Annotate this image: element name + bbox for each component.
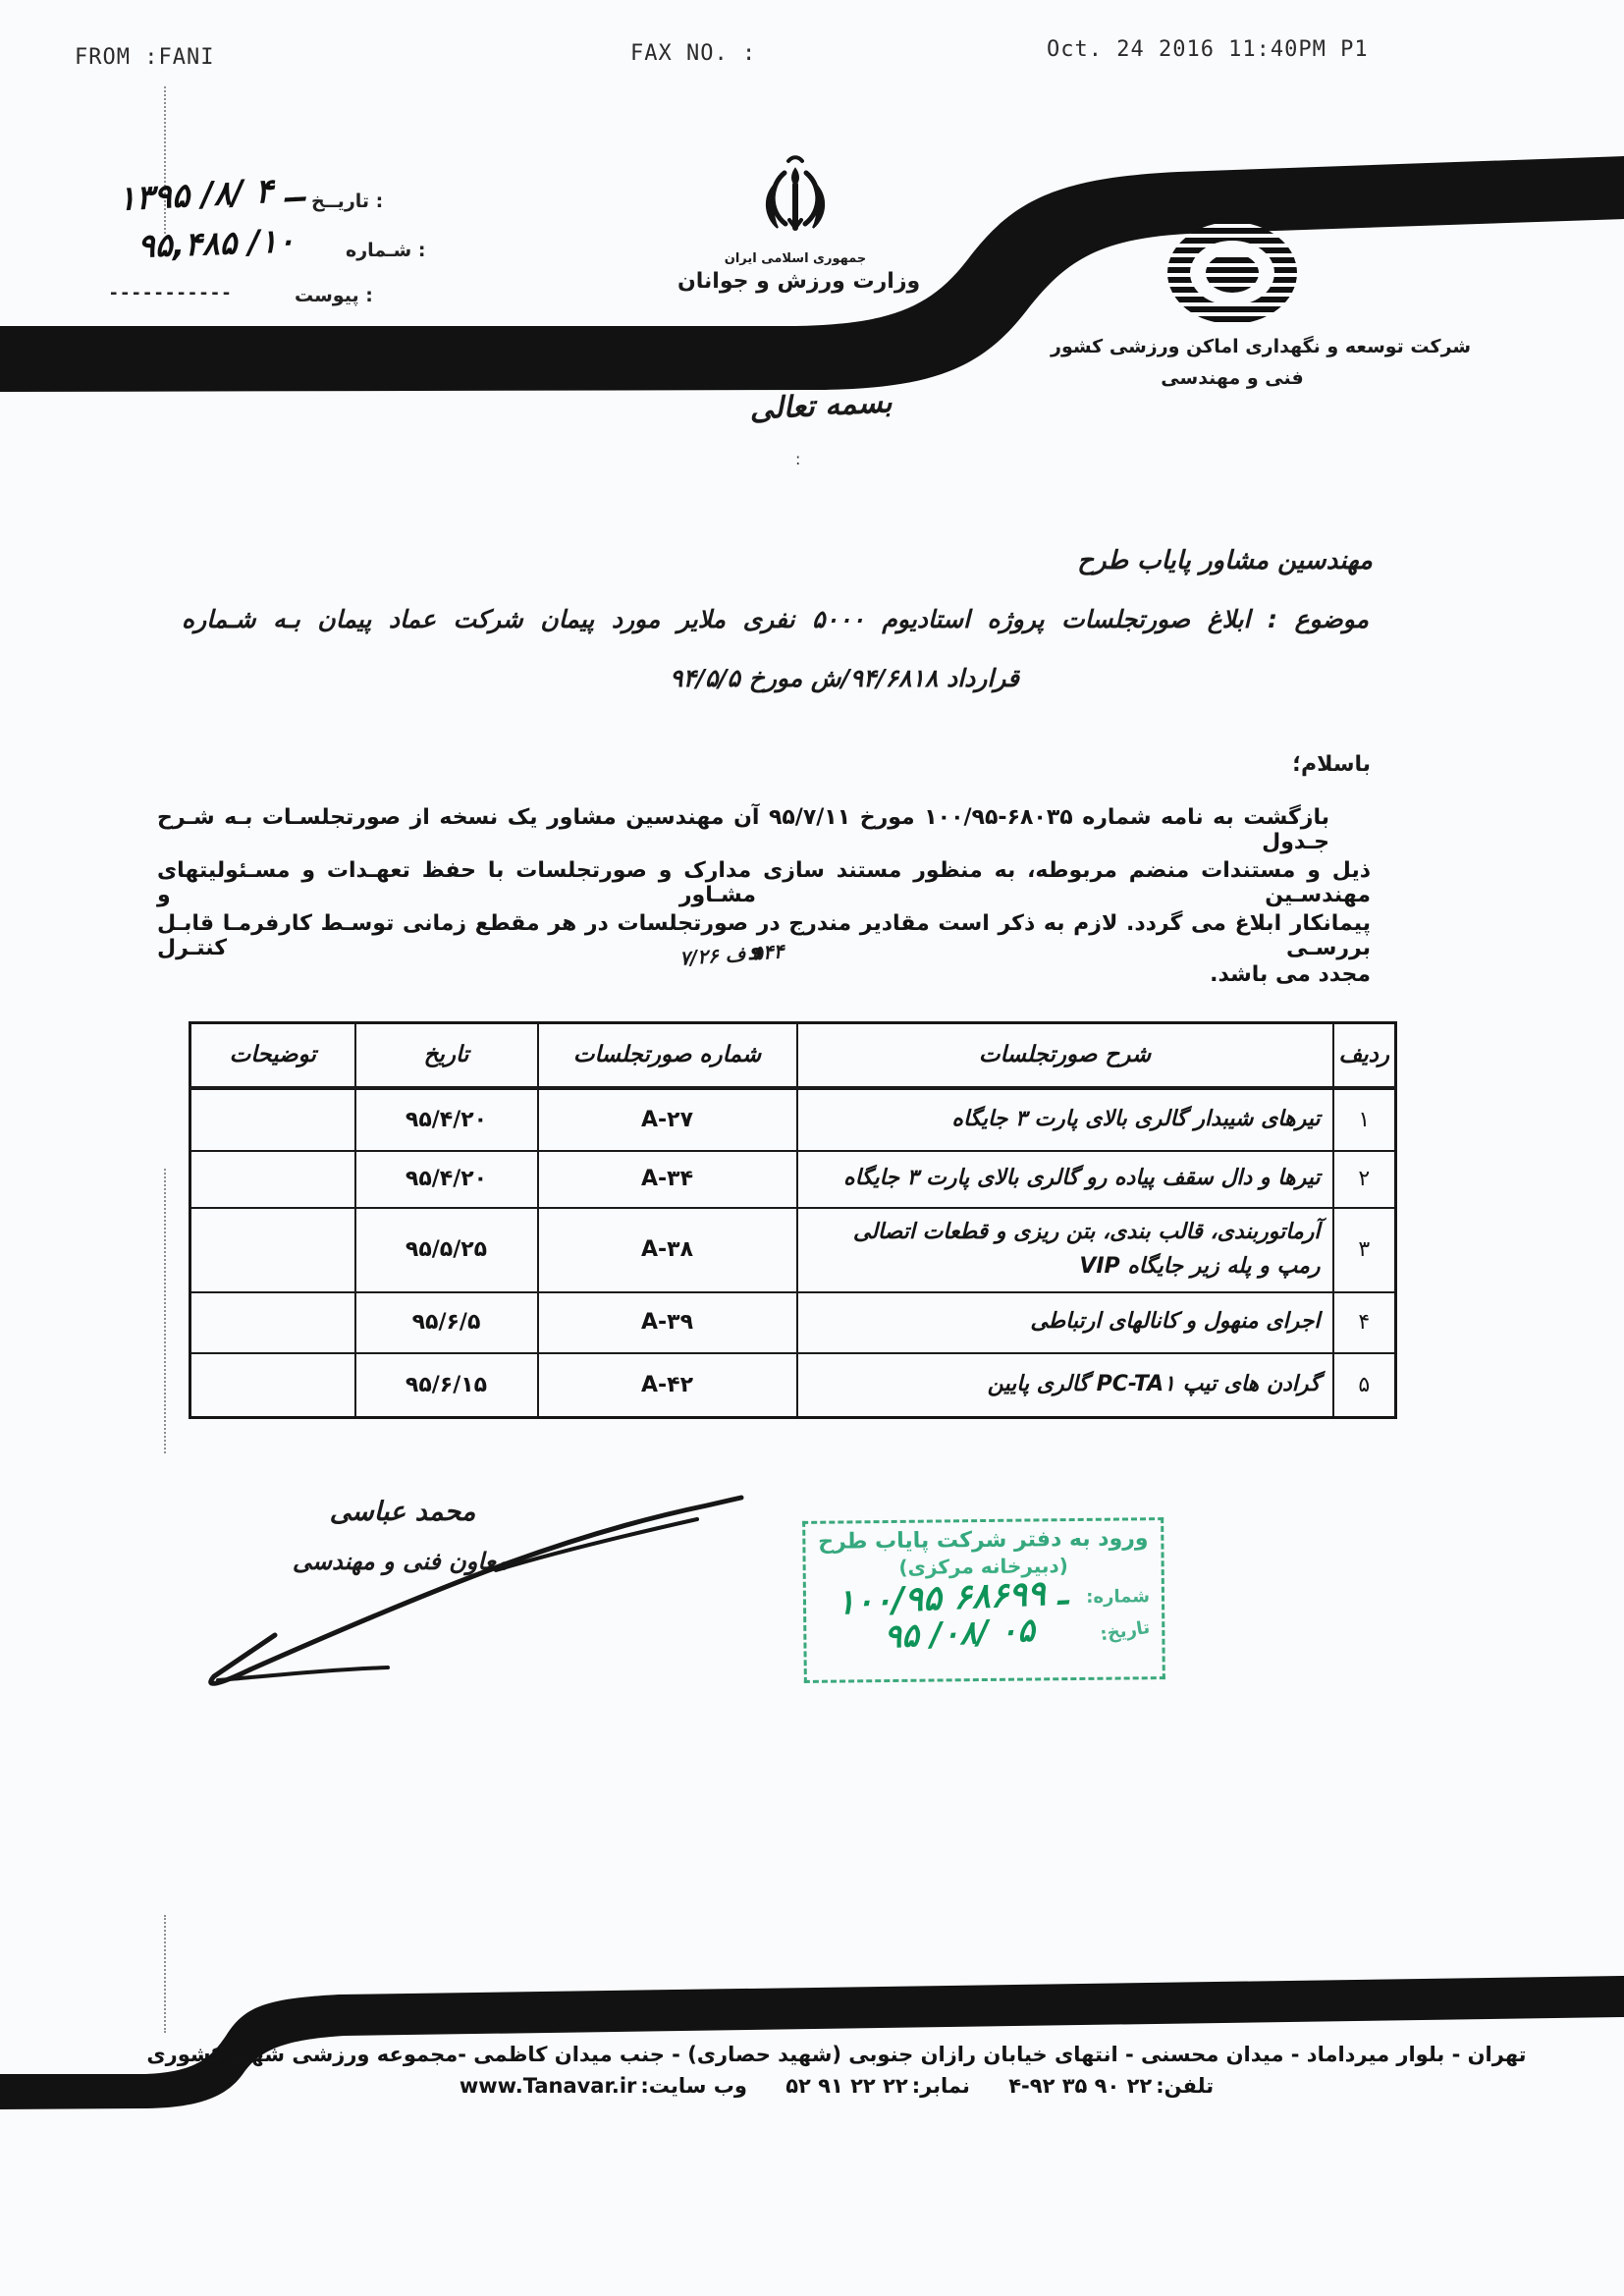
ministry-name: وزارت ورزش و جوانان [677,269,913,294]
cell-row-no: ۵ [1333,1353,1396,1418]
cell-remarks [190,1353,355,1418]
col-header-row-no: ردیف [1333,1023,1396,1088]
cell-minutes-no: A-۳۹ [538,1292,797,1353]
striped-oval-logo-icon [1164,218,1301,328]
company-dept: فنی و مهندسی [1051,367,1414,389]
cell-minutes-no: A-۲۷ [538,1088,797,1151]
cell-description: اجرای منهول و کانالهای ارتباطی [797,1292,1333,1353]
cell-date: ۹۵/۶/۱۵ [355,1353,538,1418]
cell-row-no: ۴ [1333,1292,1396,1353]
ref-number-label: شـماره : [346,240,425,261]
salutation: باسلام؛ [1292,752,1371,777]
iran-coat-of-arms-icon [752,155,839,247]
table-row: ۵ گرادن های تیپ PC-TA۱ گالری پایین A-۴۲ … [190,1353,1396,1418]
ministry-country-label: جمهوری اسلامی ایران [687,251,903,266]
table-row: ۳ آرماتوربندی، قالب بندی، بتن ریزی و قطع… [190,1208,1396,1292]
cell-date: ۹۵/۴/۲۰ [355,1151,538,1208]
col-header-remarks: توضیحات [190,1023,355,1088]
signatory-name: محمد عباسی [299,1497,506,1527]
footer-phone-value: ۴-۹۲ ۳۵ ۹۰ ۲۲ [1008,2074,1152,2098]
cell-minutes-no: A-۴۲ [538,1353,797,1418]
cell-date: ۹۵/۶/۵ [355,1292,538,1353]
stamp-title: ورود به دفتر شرکت پایاب طرح [817,1526,1149,1555]
table-row: ۱ تیرهای شیبدار گالری بالای پارت ۳ جایگا… [190,1088,1396,1151]
fax-from: FROM :FANI [75,45,214,70]
footer-fax-value: ۵۲ ۹۱ ۲۲ ۲۲ [785,2074,907,2098]
scanned-fax-letter: FROM :FANI FAX NO. : Oct. 24 2016 11:40P… [0,0,1624,2296]
ink-dot: : [795,450,800,468]
stamp-date-label: تاریخ: [1099,1617,1151,1645]
cell-minutes-no: A-۳۸ [538,1208,797,1292]
fax-datetime: Oct. 24 2016 11:40PM P1 [1047,37,1369,62]
office-entry-stamp: ورود به دفتر شرکت پایاب طرح (دبیرخانه مر… [802,1517,1165,1683]
cell-row-no: ۲ [1333,1151,1396,1208]
stamp-number-label: شماره: [1086,1586,1150,1608]
ref-number-value-handwritten: ۹۵,۴۸۵ /۱۰ [136,221,295,265]
cell-date: ۹۵/۴/۲۰ [355,1088,538,1151]
cell-description: تیرهای شیبدار گالری بالای پارت ۳ جایگاه [797,1088,1333,1151]
cell-row-no: ۳ [1333,1208,1396,1292]
subject-line-2: قرارداد ۹۴/۶۸۱۸/ش مورخ ۹۴/۵/۵ [609,664,1080,692]
subject-line-1: موضوع : ابلاغ صورتجلسات پروژه استادیوم ۵… [182,605,1373,633]
ref-attachment-label: پیوست : [295,285,373,306]
col-header-date: تاریخ [355,1023,538,1088]
cell-remarks [190,1151,355,1208]
cell-description: آرماتوربندی، قالب بندی، بتن ریزی و قطعات… [797,1208,1333,1292]
signatory-title: معاون فنی و مهندسی [263,1548,538,1575]
cell-remarks [190,1088,355,1151]
cell-row-no: ۱ [1333,1088,1396,1151]
footer-web-value: www.Tanavar.ir [460,2074,637,2098]
stamp-date-handwritten: ۹۵ /۰۸/ ۰۵ [883,1611,1035,1656]
body-line-2: ذیل و مستندات منضم مربوطه، به منظور مستن… [157,858,1371,907]
col-header-minutes-no: شماره صورتجلسات [538,1023,797,1088]
ref-date-label: تاریــخ : [311,191,383,212]
cell-date: ۹۵/۵/۲۵ [355,1208,538,1292]
cell-minutes-no: A-۳۴ [538,1151,797,1208]
cell-remarks [190,1292,355,1353]
cell-description: تیرها و دال سقف پیاده رو گالری بالای پار… [797,1151,1333,1208]
minutes-table: ردیف شرح صورتجلسات شماره صورتجلسات تاریخ… [189,1021,1397,1419]
cell-remarks [190,1208,355,1292]
table-row: ۲ تیرها و دال سقف پیاده رو گالری بالای پ… [190,1151,1396,1208]
table-row: ۴ اجرای منهول و کانالهای ارتباطی A-۳۹ ۹۵… [190,1292,1396,1353]
fold-mark [164,1169,166,1453]
footer-fax-label: نمابر: [912,2074,970,2098]
recipient-line: مهندسین مشاور پایاب طرح [1077,546,1373,575]
footer-address: تهران - بلوار میرداماد - میدان محسنی - ا… [137,2043,1536,2066]
footer-phone-label: تلفن: [1156,2074,1214,2098]
company-name: شرکت توسعه و نگهداری اماکن ورزشی کشور [1051,336,1414,357]
footer-web-label: وب سایت: [640,2074,747,2098]
body-line-1: بازگشت به نامه شماره ۶۸۰۳۵-۱۰۰/۹۵ مورخ ۹… [157,805,1371,854]
table-header-row: ردیف شرح صورتجلسات شماره صورتجلسات تاریخ… [190,1023,1396,1088]
besmele-calligraphy: بسمه تعالی [741,385,900,427]
fax-number-label: FAX NO. : [630,41,756,66]
stamp-subtitle: (دبیرخانه مرکزی) [818,1553,1150,1580]
col-header-description: شرح صورتجلسات [797,1023,1333,1088]
cell-description: گرادن های تیپ PC-TA۱ گالری پایین [797,1353,1333,1418]
body-line-4: مجدد می باشد. [1210,962,1371,987]
ref-attachment-value: ----------- [110,283,234,303]
